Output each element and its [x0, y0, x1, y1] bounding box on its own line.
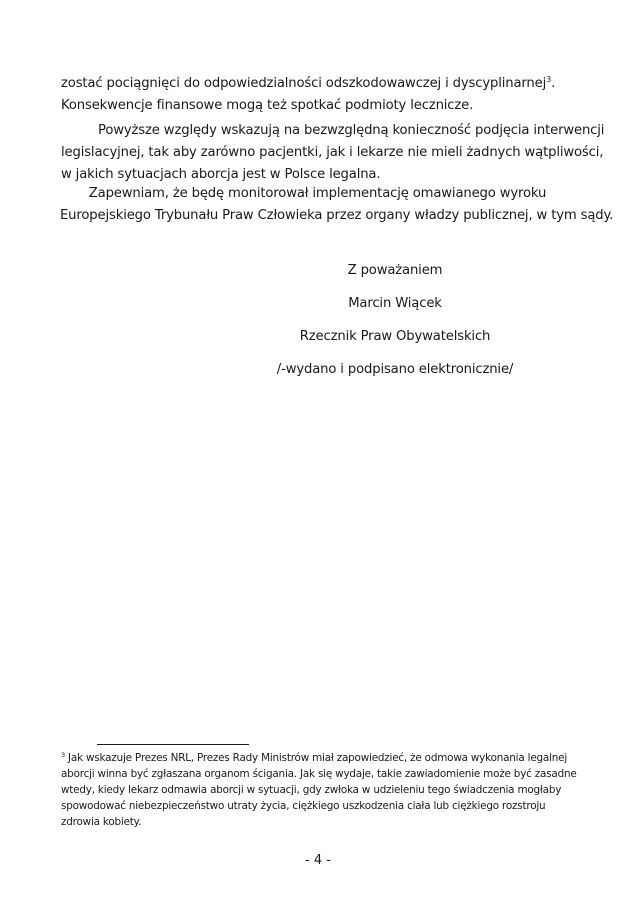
paragraph-2-line-3: w jakich sytuacjach aborcja jest w Polsc…: [61, 165, 380, 185]
paragraph-3-line-2: Europejskiego Trybunału Praw Człowieka p…: [60, 206, 575, 226]
footnote-line-2: aborcji winna być zgłaszana organom ścig…: [61, 766, 577, 783]
signature-title: Rzecznik Praw Obywatelskich: [245, 327, 545, 347]
paragraph-1-line-1: zostać pociągnięci do odpowiedzialności …: [61, 74, 555, 94]
page-number: - 4 -: [0, 853, 636, 868]
text: Jak wskazuje Prezes NRL, Prezes Rady Min…: [68, 752, 567, 764]
signature-name: Marcin Wiącek: [245, 294, 545, 314]
text: .: [551, 76, 555, 91]
footnote-line-3: wtedy, kiedy lekarz odmawia aborcji w sy…: [61, 782, 561, 799]
paragraph-3-line-1: Zapewniam, że będę monitorował implement…: [60, 184, 575, 204]
footnote-separator: [97, 744, 249, 745]
paragraph-1-line-2: Konsekwencje finansowe mogą też spotkać …: [61, 96, 473, 116]
text: zostać pociągnięci do odpowiedzialności …: [61, 76, 546, 91]
footnote-number: 3: [61, 751, 65, 759]
signature-closing: Z poważaniem: [245, 261, 545, 281]
footnote-line-5: zdrowia kobiety.: [61, 814, 141, 831]
document-page: zostać pociągnięci do odpowiedzialności …: [0, 0, 636, 900]
paragraph-2-line-2: legislacyjnej, tak aby zarówno pacjentki…: [61, 143, 603, 163]
paragraph-2-line-1: Powyższe względy wskazują na bezwzględną…: [98, 121, 604, 141]
footnote-line-4: spowodować niebezpieczeństwo utraty życi…: [61, 798, 545, 815]
signature-note: /-wydano i podpisano elektronicznie/: [245, 360, 545, 380]
footnote-line-1: 3 Jak wskazuje Prezes NRL, Prezes Rady M…: [61, 750, 567, 767]
